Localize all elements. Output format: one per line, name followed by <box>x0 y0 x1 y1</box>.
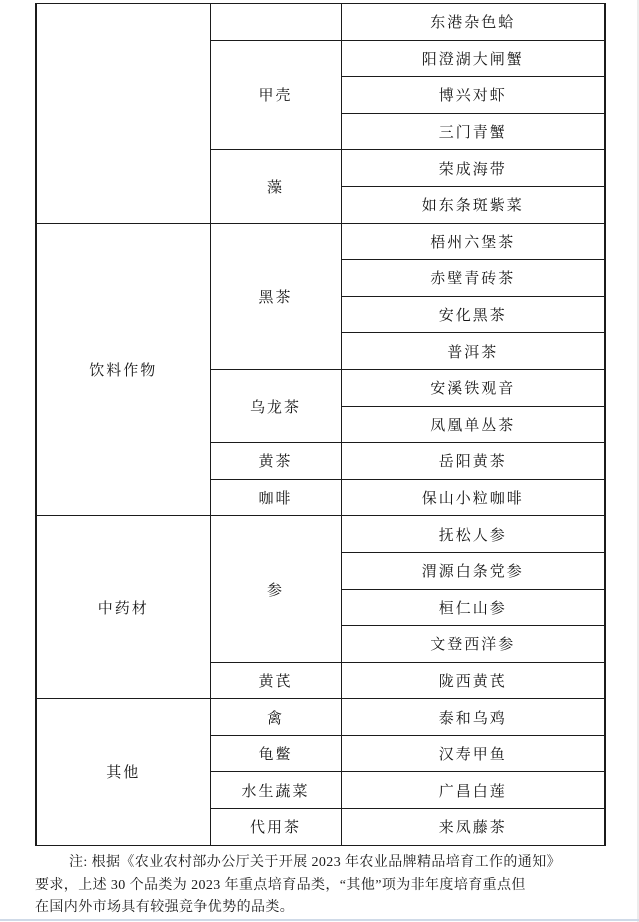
document-page: 东港杂色蛤甲壳阳澄湖大闸蟹博兴对虾三门青蟹藻荣成海带如东条斑紫菜饮料作物黑茶梧州… <box>0 0 639 922</box>
subcategory-cell: 参 <box>210 516 341 662</box>
table-row: 其他禽泰和乌鸡 <box>36 699 605 736</box>
product-cell: 三门青蟹 <box>341 113 605 150</box>
product-cell: 汉寿甲鱼 <box>341 735 605 772</box>
footnote-line-2: 要求，上述 30 个品类为 2023 年重点培育品类，“其他”项为非年度培育重点… <box>35 875 615 898</box>
product-cell: 普洱茶 <box>341 333 605 370</box>
product-cell: 文登西洋参 <box>341 626 605 663</box>
page-bottom-strip <box>0 919 639 921</box>
product-cell: 安化黑茶 <box>341 296 605 333</box>
subcategory-cell: 黑茶 <box>210 223 341 369</box>
category-cell: 其他 <box>36 699 210 845</box>
table-row: 东港杂色蛤 <box>36 4 605 41</box>
product-cell: 保山小粒咖啡 <box>341 479 605 516</box>
subcategory-cell: 代用茶 <box>210 809 341 846</box>
product-cell: 安溪铁观音 <box>341 369 605 406</box>
table-row: 饮料作物黑茶梧州六堡茶 <box>36 223 605 260</box>
subcategory-cell <box>210 4 341 41</box>
product-cell: 阳澄湖大闸蟹 <box>341 40 605 77</box>
table-row: 中药材参抚松人参 <box>36 516 605 553</box>
subcategory-cell: 黄芪 <box>210 662 341 699</box>
product-cell: 东港杂色蛤 <box>341 4 605 41</box>
subcategory-cell: 龟鳖 <box>210 735 341 772</box>
subcategory-cell: 乌龙茶 <box>210 369 341 442</box>
subcategory-cell: 甲壳 <box>210 40 341 150</box>
product-cell: 陇西黄芪 <box>341 662 605 699</box>
product-cell: 渭源白条党参 <box>341 552 605 589</box>
product-cell: 广昌白莲 <box>341 772 605 809</box>
footnote-line-3: 在国内外市场具有较强竞争优势的品类。 <box>35 897 615 920</box>
product-cell: 赤壁青砖茶 <box>341 260 605 297</box>
product-cell: 博兴对虾 <box>341 77 605 114</box>
subcategory-cell: 藻 <box>210 150 341 223</box>
subcategory-cell: 禽 <box>210 699 341 736</box>
product-cell: 来凤藤茶 <box>341 809 605 846</box>
footnote: 注: 根据《农业农村部办公厅关于开展 2023 年农业品牌精品培育工作的通知》 … <box>35 852 615 920</box>
product-cell: 泰和乌鸡 <box>341 699 605 736</box>
subcategory-cell: 咖啡 <box>210 479 341 516</box>
subcategory-cell: 黄茶 <box>210 443 341 480</box>
category-table-body: 东港杂色蛤甲壳阳澄湖大闸蟹博兴对虾三门青蟹藻荣成海带如东条斑紫菜饮料作物黑茶梧州… <box>36 4 605 846</box>
product-cell: 抚松人参 <box>341 516 605 553</box>
category-cell: 饮料作物 <box>36 223 210 516</box>
product-cell: 岳阳黄茶 <box>341 443 605 480</box>
category-cell <box>36 4 210 224</box>
subcategory-cell: 水生蔬菜 <box>210 772 341 809</box>
category-cell: 中药材 <box>36 516 210 699</box>
product-cell: 凤凰单丛茶 <box>341 406 605 443</box>
product-cell: 如东条斑紫菜 <box>341 186 605 223</box>
footnote-line-1: 注: 根据《农业农村部办公厅关于开展 2023 年农业品牌精品培育工作的通知》 <box>35 852 615 875</box>
product-cell: 桓仁山参 <box>341 589 605 626</box>
brand-category-table: 东港杂色蛤甲壳阳澄湖大闸蟹博兴对虾三门青蟹藻荣成海带如东条斑紫菜饮料作物黑茶梧州… <box>35 3 606 846</box>
product-cell: 梧州六堡茶 <box>341 223 605 260</box>
product-cell: 荣成海带 <box>341 150 605 187</box>
